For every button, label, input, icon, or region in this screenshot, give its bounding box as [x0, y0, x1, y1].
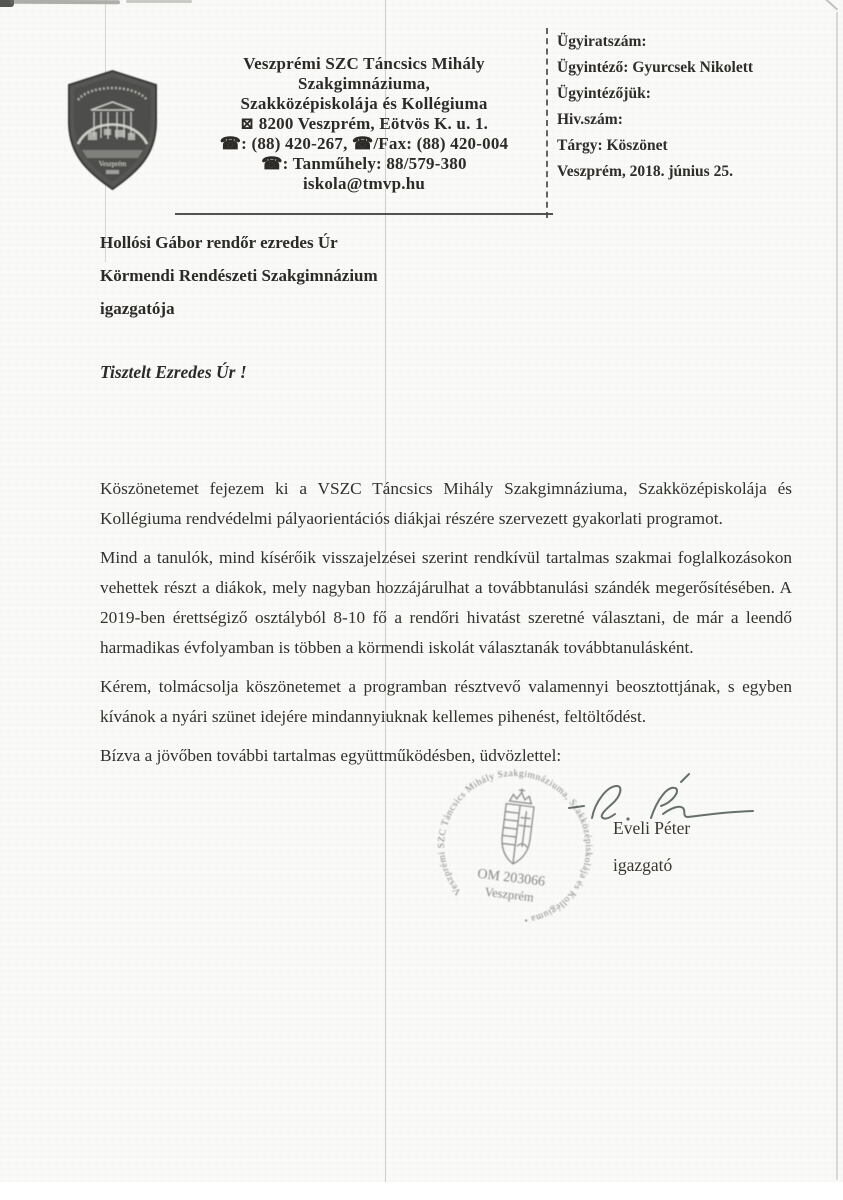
- phone-fax-line: ☎: (88) 420-267, ☎/Fax: (88) 420-004: [178, 134, 550, 154]
- signer-name: Eveli Péter: [613, 818, 690, 839]
- meta-case-number: Ügyiratszám:: [557, 29, 837, 55]
- meta-your-administrator: Ügyintézőjük:: [557, 81, 837, 107]
- address-line: ⊠ 8200 Veszprém, Eötvös K. u. 1.: [178, 114, 550, 134]
- letterhead-divider: [175, 213, 553, 215]
- body-paragraph-3: Kérem, tolmácsolja köszönetemet a progra…: [100, 672, 792, 732]
- salutation: Tisztelt Ezredes Úr !: [100, 362, 247, 383]
- letterhead: Veszprémi SZC Táncsics Mihály Szakgimnáz…: [178, 54, 550, 194]
- school-crest-icon: Veszprém: [60, 66, 165, 194]
- meta-administrator: Ügyintéző: Gyurcsek Nikolett: [557, 55, 837, 81]
- meta-dashed-separator: [546, 28, 548, 218]
- recipient-name: Hollósi Gábor rendőr ezredes Úr: [100, 226, 378, 259]
- crest-city-label: Veszprém: [99, 160, 127, 168]
- letter-page: Veszprém Veszprémi SZC Táncsics Mihály S…: [0, 0, 843, 1200]
- school-name-line-3: Szakközépiskolája és Kollégiuma: [178, 94, 550, 114]
- signer-title: igazgató: [613, 855, 672, 876]
- meta-reference-number: Hiv.szám:: [557, 107, 837, 133]
- school-name-line-1: Veszprémi SZC Táncsics Mihály: [178, 54, 550, 74]
- scan-edge-right: [836, 12, 838, 1180]
- meta-subject: Tárgy: Köszönet: [557, 133, 837, 159]
- body-paragraph-1: Köszönetemet fejezem ki a VSZC Táncsics …: [100, 474, 792, 534]
- meta-date-line: Veszprém, 2018. június 25.: [557, 159, 837, 185]
- email-line: iskola@tmvp.hu: [178, 174, 550, 194]
- recipient-organization: Körmendi Rendészeti Szakgimnázium: [100, 259, 378, 292]
- school-name-line-2: Szakgimnáziuma,: [178, 74, 550, 94]
- recipient-role: igazgatója: [100, 292, 378, 325]
- scan-smudge-top-2: [126, 0, 192, 3]
- letter-body: Köszönetemet fejezem ki a VSZC Táncsics …: [100, 474, 792, 780]
- document-meta-block: Ügyiratszám: Ügyintéző: Gyurcsek Nikolet…: [557, 29, 837, 185]
- workshop-phone-line: ☎: Tanműhely: 88/579-380: [178, 154, 550, 174]
- body-paragraph-2: Mind a tanulók, mind kísérőik visszajelz…: [100, 543, 792, 663]
- scan-smudge-top: [10, 0, 120, 4]
- recipient-block: Hollósi Gábor rendőr ezredes Úr Körmendi…: [100, 226, 378, 325]
- scan-bottom-margin: [0, 1182, 843, 1200]
